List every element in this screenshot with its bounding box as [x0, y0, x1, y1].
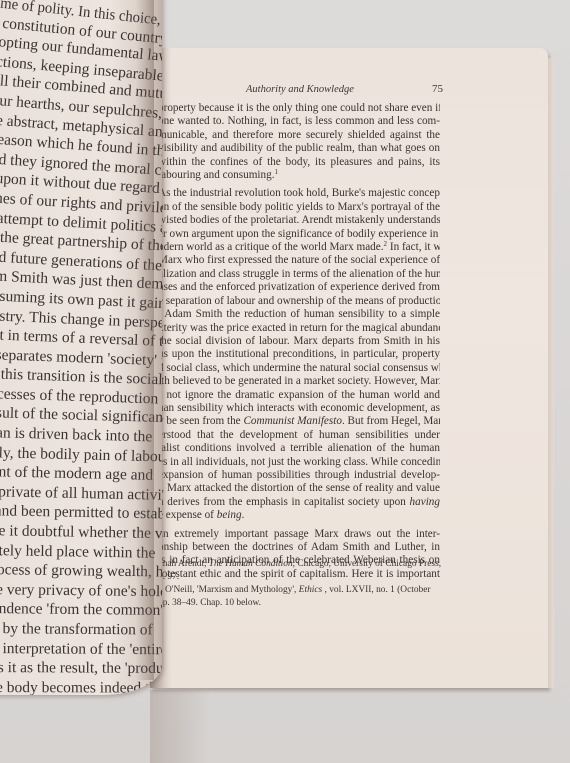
book-shadow: [150, 690, 210, 763]
text-fragment: .: [242, 509, 245, 521]
text-line: As the industrial revolution took hold, …: [158, 187, 440, 200]
text-line: nses and the enforced privatization of e…: [158, 281, 440, 294]
left-page: frame of polity. In this choice, Skin Tr…: [0, 0, 162, 695]
text-line: d social class, which undermine the natu…: [158, 362, 440, 375]
text-line: us upon the institutional preconditions,…: [158, 348, 440, 361]
text-line: expansion of human possibilities through…: [158, 469, 440, 482]
footnote-line: p. 97.: [158, 571, 440, 584]
body-text: property because it is the only thing on…: [158, 102, 440, 581]
spine-fold: [136, 0, 154, 680]
text-line: wisted bodies of the proletariat. Arendt…: [158, 214, 440, 227]
emphasis: having: [410, 496, 440, 508]
text-line: an extremely important passage Marx draw…: [158, 528, 440, 541]
text-fragment: odern world as a critique of the world M…: [158, 241, 384, 253]
running-title: Authority and Knowledge: [246, 84, 354, 95]
text-line: the body becomes indeed the: [0, 678, 162, 695]
text-fragment: nnah Arendt,: [158, 559, 209, 569]
text-line: talist conditions involved a terrible al…: [158, 442, 440, 455]
text-line: on of the sensible body politic yields t…: [158, 201, 440, 214]
text-line: ith believed to be generated in a market…: [158, 375, 440, 388]
page-number: 75: [432, 83, 443, 95]
text-line: municable, and therefore more securely s…: [158, 129, 440, 142]
text-line: er own argument upon the significance of…: [158, 228, 440, 241]
text-line: one wanted to. Nothing, in fact, is less…: [158, 115, 440, 128]
text-line: s not ignore the dramatic expansion of t…: [158, 389, 440, 402]
footnote-line: nnah Arendt, The Human Condition, Chicag…: [158, 558, 440, 571]
footnote-line: n O'Neill, 'Marxism and Mythology', Ethi…: [158, 584, 440, 597]
text-fragment: e expense of: [158, 509, 217, 521]
footnote-line: pp. 38–49. Chap. 10 below.: [158, 597, 440, 610]
text-line: h derives from the emphasis in capitalis…: [158, 496, 440, 509]
journal-title: Ethics: [299, 585, 322, 595]
text-fragment: . But from Hegel, Marx: [342, 415, 440, 427]
text-fragment: h derives from the emphasis in capitalis…: [158, 496, 410, 508]
book-title: Communist Manifesto: [243, 415, 342, 427]
right-page: Authority and Knowledge 75 property beca…: [150, 48, 548, 688]
running-head: Authority and Knowledge 75: [150, 84, 548, 100]
paragraph-2: As the industrial revolution took hold, …: [158, 187, 440, 522]
text-line: erstood that the development of human se…: [158, 429, 440, 442]
text-fragment: In fact, it was: [387, 241, 440, 253]
text-line: nan sensibility which interacts with eco…: [158, 402, 440, 415]
text-line: visibility and audibility of the public …: [158, 142, 440, 155]
text-fragment: y be seen from the: [158, 415, 243, 427]
footnotes: nnah Arendt, The Human Condition, Chicag…: [158, 558, 440, 610]
emphasis: being: [217, 509, 242, 521]
text-line: alization and class struggle in terms of…: [158, 268, 440, 281]
text-line: property because it is the only thing on…: [158, 102, 440, 115]
text-line: e separation of labour and ownership of …: [158, 295, 440, 308]
text-line: es in all individuals, not just the work…: [158, 456, 440, 469]
text-line: y be seen from the Communist Manifesto. …: [158, 415, 440, 428]
text-fragment: , Chicago, University of Chicago Press,: [293, 559, 441, 569]
text-line: xterity was the price exacted in return …: [158, 322, 440, 335]
text-line: labouring and consuming.1: [158, 169, 440, 182]
text-line: e expense of being.: [158, 509, 440, 522]
book-title: The Human Condition: [209, 559, 293, 569]
text-line: odern world as a critique of the world M…: [158, 241, 440, 254]
text-fragment: pp. 38–49. Chap. 10 below.: [158, 598, 261, 608]
text-line: r, Marx attacked the distortion of the s…: [158, 482, 440, 495]
text-fragment: n O'Neill, 'Marxism and Mythology',: [158, 585, 299, 595]
paragraph-1: property because it is the only thing on…: [158, 102, 440, 182]
text-line: the social division of labour. Marx depa…: [158, 335, 440, 348]
text-fragment: labouring and consuming.: [158, 169, 275, 181]
footnote-ref: 1: [275, 169, 279, 176]
text-line: , Adam Smith the reduction of human sens…: [158, 308, 440, 321]
text-line: within the confines of the body, its ple…: [158, 156, 440, 169]
text-line: Marx who first expressed the nature of t…: [158, 254, 440, 267]
text-line: onship between the doctrines of Adam Smi…: [158, 541, 440, 554]
text-fragment: , vol. LXVII, no. 1 (October: [322, 585, 430, 595]
